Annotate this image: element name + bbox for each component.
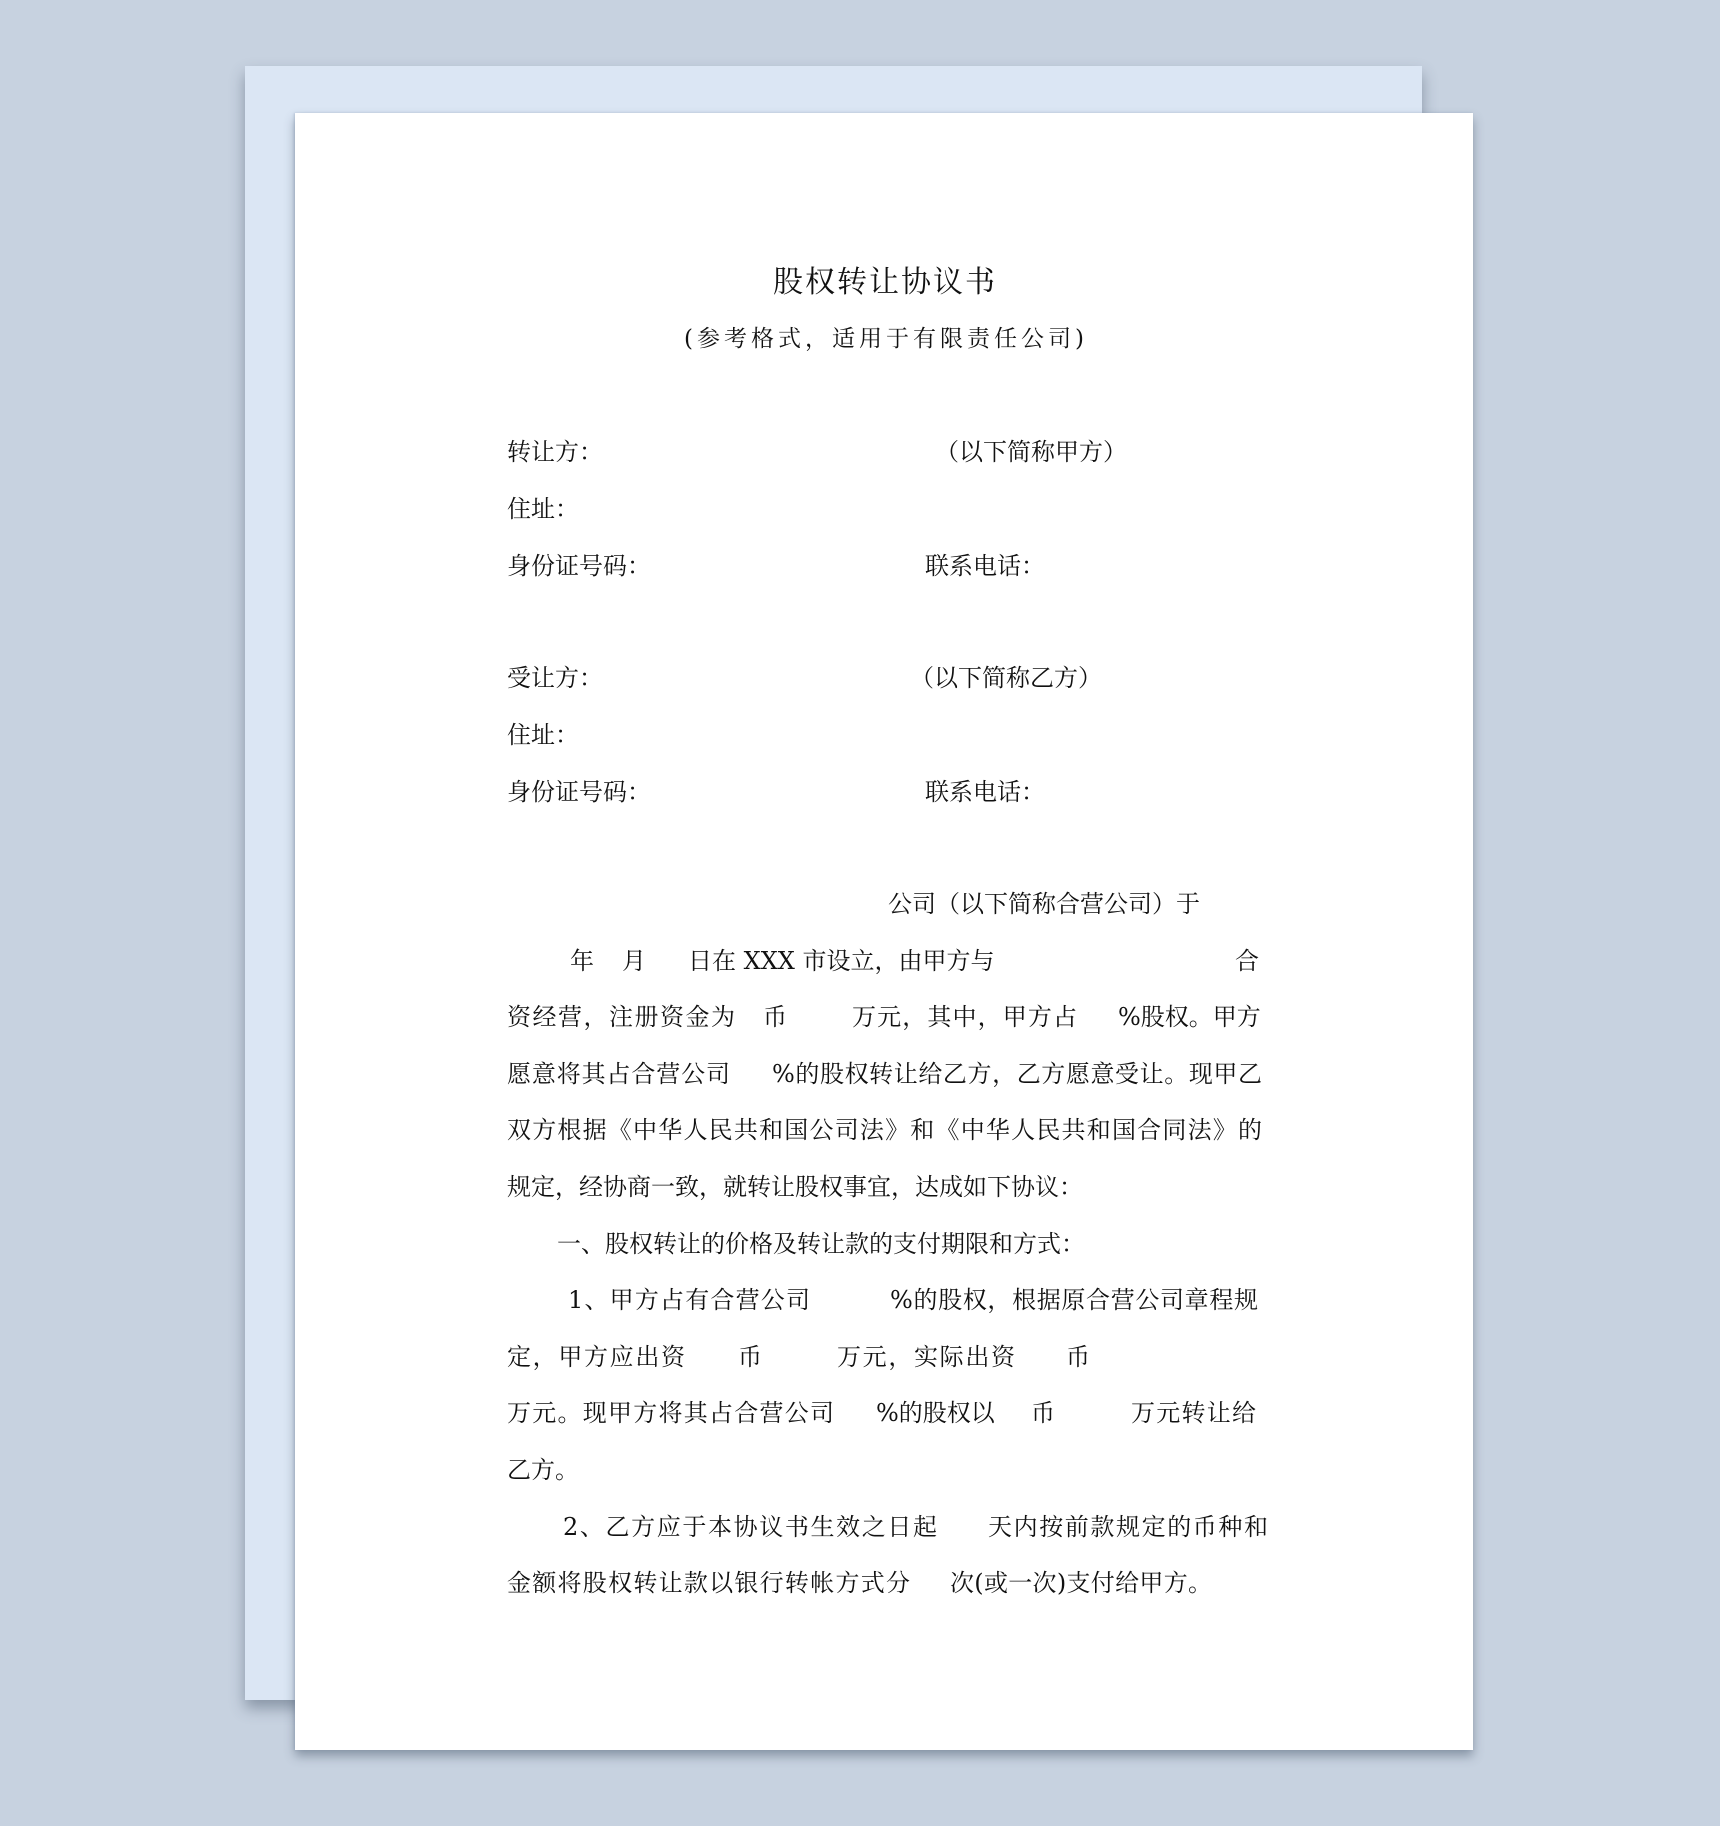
body-text-segment: 一、股权转让的价格及转让款的支付期限和方式： xyxy=(557,1229,1082,1259)
body-text-segment: 万元，实际出资 xyxy=(837,1342,1015,1372)
transferor-id-label: 身份证号码： xyxy=(507,551,651,581)
transferor-alias: （以下简称甲方） xyxy=(935,437,1125,467)
body-text-segment: 定，甲方应出资 xyxy=(507,1342,685,1372)
body-text-segment: 2、乙方应于本协议书生效之日起 xyxy=(563,1512,937,1542)
body-text-segment: 币 xyxy=(1031,1398,1055,1428)
body-text-segment: 年 xyxy=(570,946,594,976)
body-text-segment: 万元转让给 xyxy=(1131,1398,1256,1428)
body-text-segment: %的股权以 xyxy=(876,1398,988,1428)
transferee-label: 受让方： xyxy=(507,663,603,693)
document-title-text: 股权转让协议书 xyxy=(773,263,995,303)
body-text-segment: 金额将股权转让款以银行转帐方式分 xyxy=(507,1568,910,1598)
body-text-segment: %的股权转让给乙方，乙方愿意受让。现甲乙 xyxy=(772,1059,1262,1089)
transferee-phone-label: 联系电话： xyxy=(925,777,1045,807)
body-text-segment: 万元，其中，甲方占 xyxy=(852,1002,1077,1032)
body-text-segment: %股权。甲方 xyxy=(1118,1002,1258,1032)
body-text-segment: 公司（以下简称合营公司）于 xyxy=(888,889,1188,919)
body-text-segment: 资经营，注册资金为 xyxy=(507,1002,735,1032)
body-text-segment: 币 xyxy=(763,1002,787,1032)
transferor-address-label: 住址： xyxy=(507,494,579,524)
body-text-segment: 天内按前款规定的币种和 xyxy=(988,1512,1268,1542)
body-text-segment: 1、甲方占有合营公司 xyxy=(568,1285,810,1315)
transferee-address-label: 住址： xyxy=(507,720,579,750)
body-text-segment: 次(或一次)支付给甲方。 xyxy=(950,1568,1212,1598)
body-text-segment: 日在 XXX 市设立，由甲方与 xyxy=(688,946,990,976)
transferor-label: 转让方： xyxy=(507,437,603,467)
document-subtitle-text: (参考格式，适用于有限责任公司) xyxy=(684,324,1084,354)
body-text-segment: 乙方。 xyxy=(507,1455,567,1485)
document-subtitle: (参考格式，适用于有限责任公司) xyxy=(295,324,1473,354)
body-text-segment: 双方根据《中华人民共和国公司法》和《中华人民共和国合同法》的 xyxy=(507,1115,1262,1145)
body-text-segment: 愿意将其占合营公司 xyxy=(507,1059,730,1089)
body-text-segment: 规定，经协商一致，就转让股权事宜，达成如下协议： xyxy=(507,1172,1069,1202)
transferee-alias: （以下简称乙方） xyxy=(910,663,1100,693)
body-text-segment: 币 xyxy=(738,1342,762,1372)
transferee-id-label: 身份证号码： xyxy=(507,777,651,807)
body-text-segment: 月 xyxy=(622,946,646,976)
document-page: 股权转让协议书 (参考格式，适用于有限责任公司) 转让方： （以下简称甲方） 住… xyxy=(295,113,1473,1750)
body-text-segment: 万元。现甲方将其占合营公司 xyxy=(507,1398,834,1428)
transferor-phone-label: 联系电话： xyxy=(925,551,1045,581)
document-title: 股权转让协议书 xyxy=(295,263,1473,303)
body-text-segment: %的股权，根据原合营公司章程规 xyxy=(890,1285,1258,1315)
body-text-segment: 币 xyxy=(1066,1342,1090,1372)
body-text-segment: 合 xyxy=(1235,946,1259,976)
